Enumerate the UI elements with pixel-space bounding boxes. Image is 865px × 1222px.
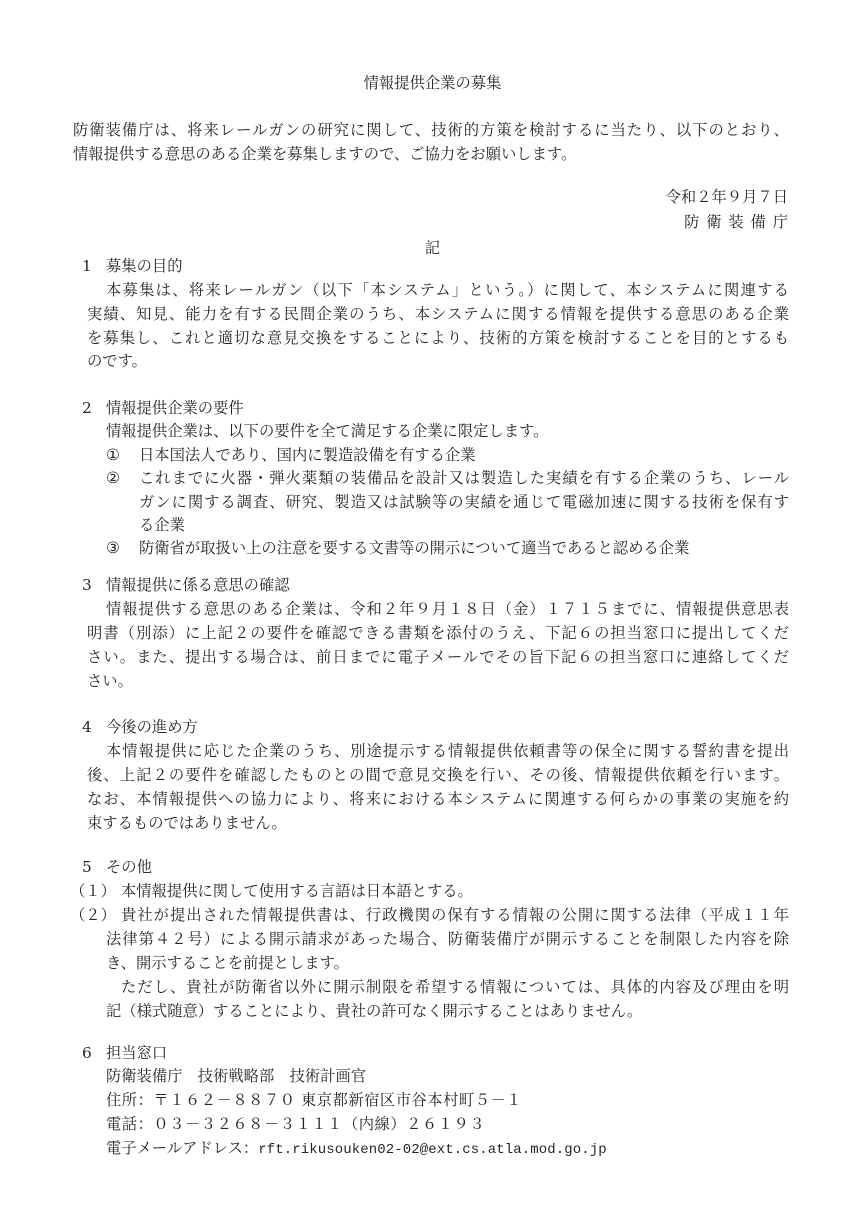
- section-2-lead: 情報提供企業は、以下の要件を全て満足する企業に限定します。: [106, 421, 548, 441]
- contact-email-label: 電子メールアドレス：: [106, 1139, 258, 1157]
- section-1-line-2: 実績、知見、能力を有する民間企業のうち、本システムに関する情報を提供する意思のあ…: [87, 304, 789, 324]
- section-4-number: 4: [82, 717, 92, 737]
- section-6-heading: 担当窓口: [106, 1043, 167, 1063]
- contact-phone: 電話：０３－３２６８－３１１１（内線）２６１９３: [106, 1114, 485, 1134]
- section-4-line-3: なお、本情報提供への協力により、将来における本システムに関連する何らかの事業の実…: [87, 789, 789, 809]
- section-6-number: 6: [82, 1043, 92, 1063]
- contact-address: 住所：〒１６２－８８７０ 東京都新宿区市谷本村町５－１: [106, 1090, 522, 1110]
- requirement-1: 日本国法人であり、国内に製造設備を有する企業: [139, 445, 476, 465]
- section-2-number: 2: [82, 398, 92, 418]
- section-1-heading: 募集の目的: [106, 256, 183, 276]
- item-marker-5-2: （２）: [70, 905, 116, 925]
- section-5-heading: その他: [106, 857, 152, 877]
- contact-email-row: 電子メールアドレス：rft.rikusouken02-02@ext.cs.atl…: [106, 1138, 607, 1158]
- section-3-line-2: 明書（別添）に上記２の要件を確認できる書類を添付のうえ、下記６の担当窓口に提出し…: [87, 623, 789, 643]
- section-1-line-3: を募集し、これと適切な意見交換をすることにより、技術的方策を検討することを目的と…: [87, 328, 789, 348]
- section-1-line-1: 本募集は、将来レールガン（以下「本システム」という。）に関して、本システムに関連…: [106, 280, 789, 300]
- section-1-line-4: のです。: [87, 351, 147, 371]
- requirement-3: 防衛省が取扱い上の注意を要する文書等の開示について適当であると認める企業: [139, 538, 689, 558]
- section-4-heading: 今後の進め方: [106, 717, 198, 737]
- other-item-1: 本情報提供に関して使用する言語は日本語とする。: [121, 881, 473, 901]
- section-4-line-1: 本情報提供に応じた企業のうち、別途提示する情報提供依頼書等の保全に関する誓約書を…: [106, 741, 789, 761]
- item-marker-3: ③: [106, 538, 120, 558]
- contact-office: 防衛装備庁 技術戦略部 技術計画官: [106, 1066, 366, 1086]
- other-item-2-line-5: 記（様式随意）することにより、貴社の許可なく開示することはありません。: [106, 1001, 642, 1021]
- item-marker-1: ①: [106, 445, 120, 465]
- item-marker-5-1: （１）: [70, 881, 116, 901]
- section-3-line-4: さい。: [87, 671, 133, 691]
- section-3-number: 3: [82, 575, 92, 595]
- section-3-line-3: さい。また、提出する場合は、前日までに電子メールでその旨下記６の担当窓口に連絡し…: [87, 647, 789, 667]
- requirement-2-line-2: ガンに関する調査、研究、製造又は試験等の実績を通じて電磁加速に関する技術を保有す: [139, 492, 789, 512]
- ki-marker: 記: [0, 238, 865, 258]
- section-3-line-1: 情報提供する意思のある企業は、令和２年９月１８日（金）１７１５までに、情報提供意…: [106, 599, 789, 619]
- document-date: 令和２年９月７日: [666, 187, 788, 207]
- section-3-heading: 情報提供に係る意思の確認: [106, 575, 290, 595]
- issuer-name: 防 衛 装 備 庁: [684, 212, 788, 232]
- section-1-number: 1: [82, 256, 92, 276]
- other-item-2-line-3: き、開示することを前提とします。: [106, 953, 349, 973]
- intro-line-2: 情報提供する意思のある企業を募集しますので、ご協力をお願いします。: [73, 144, 576, 164]
- requirement-2-line-3: る企業: [139, 515, 185, 535]
- contact-email-link[interactable]: rft.rikusouken02-02@ext.cs.atla.mod.go.j…: [258, 1142, 607, 1158]
- section-5-number: 5: [82, 857, 92, 877]
- section-2-heading: 情報提供企業の要件: [106, 398, 244, 418]
- other-item-2-line-1: 貴社が提出された情報提供書は、行政機関の保有する情報の公開に関する法律（平成１１…: [121, 905, 789, 925]
- section-4-line-4: 束するものではありません。: [87, 813, 287, 833]
- section-4-line-2: 後、上記２の要件を確認したものとの間で意見交換を行い、その後、情報提供依頼を行い…: [87, 765, 789, 785]
- requirement-2-line-1: これまでに火器・弾火薬類の装備品を設計又は製造した実績を有する企業のうち、レール: [139, 468, 789, 488]
- other-item-2-line-2: 法律第４２号）による開示請求があった場合、防衛装備庁が開示することを制限した内容…: [106, 929, 789, 949]
- document-title: 情報提供企業の募集: [0, 73, 865, 93]
- item-marker-2: ②: [106, 468, 120, 488]
- other-item-2-line-4: ただし、貴社が防衛省以外に開示制限を希望する情報については、具体的内容及び理由を…: [121, 977, 789, 997]
- intro-line-1: 防衛装備庁は、将来レールガンの研究に関して、技術的方策を検討するに当たり、以下の…: [73, 120, 789, 140]
